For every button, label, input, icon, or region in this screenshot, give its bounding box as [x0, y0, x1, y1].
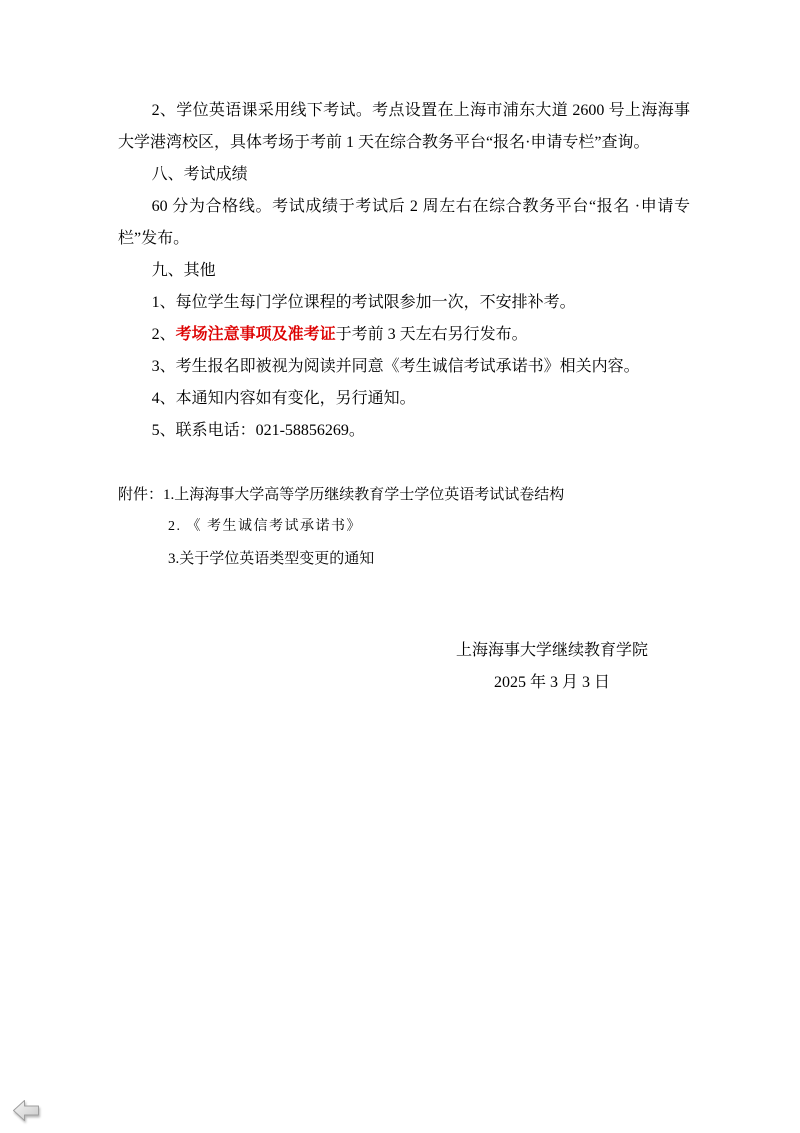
paragraph-exam-location: 2、学位英语课采用线下考试。考点设置在上海市浦东大道 2600 号上海海事大学港… — [118, 95, 690, 159]
other-item-2-prefix: 2、 — [152, 326, 176, 343]
paragraph-pass-line: 60 分为合格线。考试成绩于考试后 2 周左右在综合教务平台“报名 ·申请专栏”… — [118, 191, 690, 255]
signature-organization: 上海海事大学继续教育学院 — [454, 635, 650, 667]
attachment-item-3: 3.关于学位英语类型变更的通知 — [118, 543, 690, 575]
attachment-item-1: 1.上海海事大学高等学历继续教育学士学位英语考试试卷结构 — [163, 487, 564, 503]
document-body: 2、学位英语课采用线下考试。考点设置在上海市浦东大道 2600 号上海海事大学港… — [118, 95, 690, 699]
other-item-1: 1、每位学生每门学位课程的考试限参加一次，不安排补考。 — [118, 287, 690, 319]
other-item-2-highlight: 考场注意事项及准考证 — [176, 326, 336, 343]
back-arrow-icon[interactable] — [11, 1098, 43, 1126]
attachment-item-2: 2. 《 考生诚信考试承诺书》 — [118, 511, 690, 543]
attachments-line: 附件：1.上海海事大学高等学历继续教育学士学位英语考试试卷结构 — [118, 479, 690, 511]
other-item-2: 2、考场注意事项及准考证于考前 3 天左右另行发布。 — [118, 319, 690, 351]
signature-block: 上海海事大学继续教育学院 2025 年 3 月 3 日 — [454, 635, 650, 699]
attachments-label: 附件： — [118, 487, 163, 503]
heading-others: 九、其他 — [118, 255, 690, 287]
other-item-5: 5、联系电话：021-58856269。 — [118, 415, 690, 447]
other-item-3: 3、考生报名即被视为阅读并同意《考生诚信考试承诺书》相关内容。 — [118, 351, 690, 383]
other-item-2-rest: 于考前 3 天左右另行发布。 — [336, 326, 528, 343]
heading-exam-results: 八、考试成绩 — [118, 159, 690, 191]
signature-date: 2025 年 3 月 3 日 — [454, 667, 650, 699]
other-item-4: 4、本通知内容如有变化，另行通知。 — [118, 383, 690, 415]
